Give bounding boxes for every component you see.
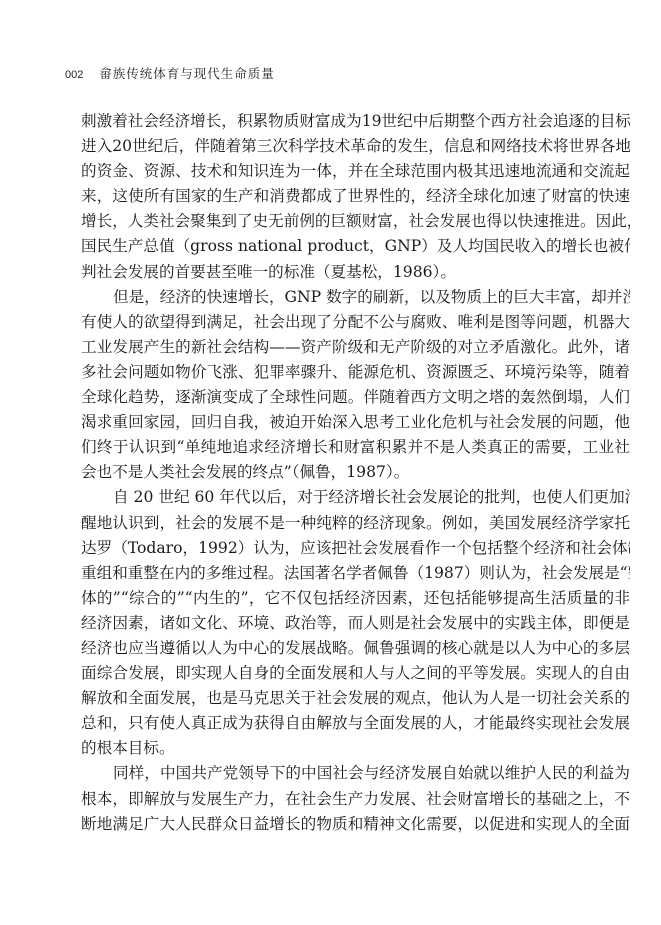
running-header: 002 畲族传统体育与现代生命质量	[65, 66, 275, 83]
page-number: 002	[65, 69, 83, 81]
text-line: 断地满足广大人民群众日益增长的物质和精神文化需要，以促进和实现人的全面	[81, 812, 630, 837]
text-line: 全球化趋势，逐渐演变成了全球性问题。伴随着西方文明之塔的轰然倒塌，人们	[81, 385, 630, 410]
paragraph-3: 自 20 世纪 60 年代以后，对于经济增长社会发展论的批判，也使人们更加清 醒…	[81, 485, 630, 761]
text-line: 总和，只有使人真正成为获得自由解放与全面发展的人，才能最终实现社会发展	[81, 711, 630, 736]
text-line: 刺激着社会经济增长，积累物质财富成为19世纪中后期整个西方社会追逐的目标。	[81, 109, 630, 134]
text-line: 面综合发展，即实现人自身的全面发展和人与人之间的平等发展。实现人的自由	[81, 661, 630, 686]
text-line: 体的”“综合的”“内生的”，它不仅包括经济因素，还包括能够提高生活质量的非	[81, 586, 630, 611]
text-line: 重组和重整在内的多维过程。法国著名学者佩鲁（1987）则认为，社会发展是“整	[81, 561, 630, 586]
paragraph-2: 但是，经济的快速增长，GNP 数字的刷新，以及物质上的巨大丰富，却并没 有使人的…	[81, 285, 630, 486]
text-line: 判社会发展的首要甚至唯一的标准（夏基松，1986）。	[81, 260, 630, 285]
text-line: 同样，中国共产党领导下的中国社会与经济发展自始就以维护人民的利益为	[81, 761, 630, 786]
text-line: 经济因素，诸如文化、环境、政治等，而人则是社会发展中的实践主体，即便是	[81, 611, 630, 636]
text-line: 醒地认识到，社会的发展不是一种纯粹的经济现象。例如，美国发展经济学家托	[81, 511, 630, 536]
text-line: 来，这使所有国家的生产和消费都成了世界性的，经济全球化加速了财富的快速	[81, 184, 630, 209]
text-line: 达罗（Todaro，1992）认为，应该把社会发展看作一个包括整个经济和社会体制…	[81, 536, 630, 561]
text-line: 的根本目标。	[81, 736, 630, 761]
text-line: 国民生产总值（gross national product，GNP）及人均国民收…	[81, 234, 630, 259]
text-line: 根本，即解放与发展生产力，在社会生产力发展、社会财富增长的基础之上，不	[81, 787, 630, 812]
text-line: 多社会问题如物价飞涨、犯罪率骤升、能源危机、资源匮乏、环境污染等，随着	[81, 360, 630, 385]
paragraph-4: 同样，中国共产党领导下的中国社会与经济发展自始就以维护人民的利益为 根本，即解放…	[81, 761, 630, 836]
text-line: 但是，经济的快速增长，GNP 数字的刷新，以及物质上的巨大丰富，却并没	[81, 285, 630, 310]
text-line: 的资金、资源、技术和知识连为一体，并在全球范围内极其迅速地流通和交流起	[81, 159, 630, 184]
text-line: 工业发展产生的新社会结构——资产阶级和无产阶级的对立矛盾激化。此外，诸	[81, 335, 630, 360]
text-line: 进入20世纪后，伴随着第三次科学技术革命的发生，信息和网络技术将世界各地	[81, 134, 630, 159]
text-line: 自 20 世纪 60 年代以后，对于经济增长社会发展论的批判，也使人们更加清	[81, 485, 630, 510]
text-line: 渴求重回家园，回归自我，被迫开始深入思考工业化危机与社会发展的问题，他	[81, 410, 630, 435]
text-line: 们终于认识到“单纯地追求经济增长和财富积累并不是人类真正的需要，工业社	[81, 435, 630, 460]
text-line: 会也不是人类社会发展的终点”（佩鲁，1987）。	[81, 460, 630, 485]
paragraph-1: 刺激着社会经济增长，积累物质财富成为19世纪中后期整个西方社会追逐的目标。 进入…	[81, 109, 630, 285]
body-text: 刺激着社会经济增长，积累物质财富成为19世纪中后期整个西方社会追逐的目标。 进入…	[81, 109, 630, 837]
text-line: 解放和全面发展，也是马克思关于社会发展的观点，他认为人是一切社会关系的	[81, 686, 630, 711]
text-line: 经济也应当遵循以人为中心的发展战略。佩鲁强调的核心就是以人为中心的多层	[81, 636, 630, 661]
text-line: 增长，人类社会聚集到了史无前例的巨额财富，社会发展也得以快速推进。因此，	[81, 209, 630, 234]
book-title: 畲族传统体育与现代生命质量	[99, 66, 275, 81]
text-line: 有使人的欲望得到满足，社会出现了分配不公与腐败、唯利是图等问题，机器大	[81, 310, 630, 335]
